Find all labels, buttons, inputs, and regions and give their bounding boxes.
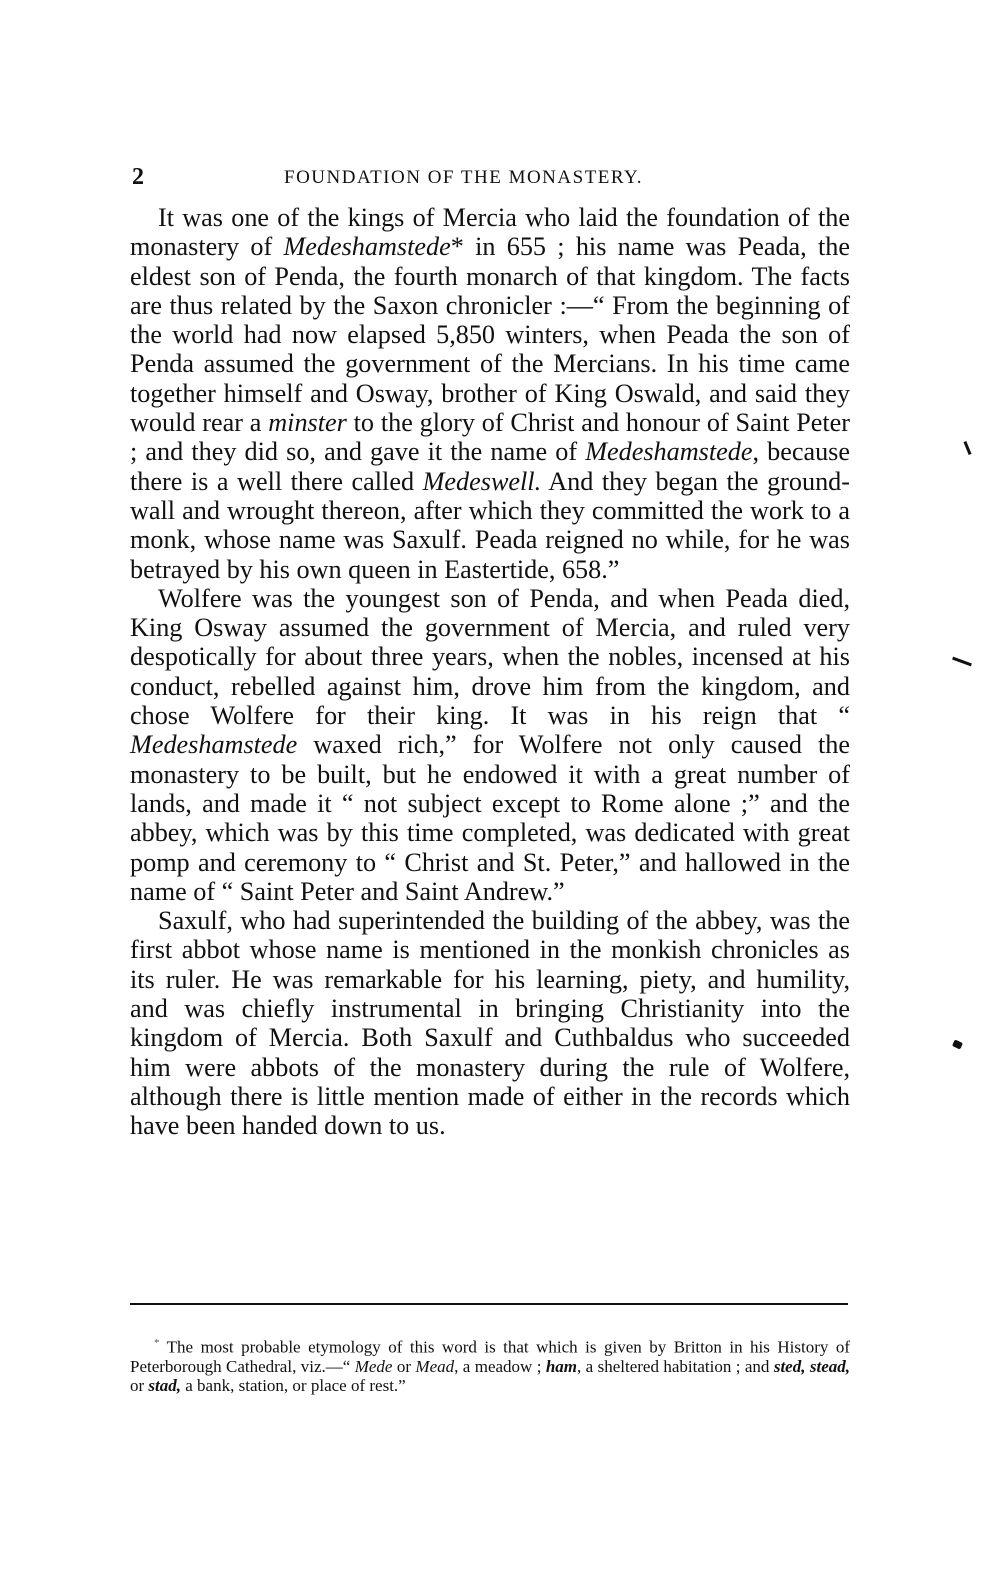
italic-term: Medeshamstede: [283, 232, 450, 261]
italic-term: stad,: [148, 1376, 181, 1395]
paragraph-3: Saxulf, who had superintended the buildi…: [130, 906, 850, 1140]
italic-term: minster: [268, 408, 347, 437]
italic-term: sted, stead,: [774, 1357, 850, 1376]
margin-mark-icon: [963, 441, 971, 455]
italic-term: Medeshamstede: [130, 730, 297, 759]
book-page: 2 FOUNDATION OF THE MONASTERY. It was on…: [0, 0, 1000, 1586]
italic-term: ham: [546, 1357, 577, 1376]
footnote: * The most probable etymology of this wo…: [130, 1334, 850, 1395]
margin-mark-icon: [952, 1039, 963, 1049]
italic-term: Medeswell.: [423, 467, 542, 496]
italic-term: Medeshamstede: [585, 437, 752, 466]
body-text: It was one of the kings of Mercia who la…: [130, 203, 850, 1141]
paragraph-2: Wolfere was the youngest son of Penda, a…: [130, 584, 850, 906]
margin-mark-icon: [952, 657, 972, 667]
footnote-divider: [130, 1303, 848, 1305]
running-head: 2 FOUNDATION OF THE MONASTERY.: [132, 164, 850, 194]
page-number: 2: [132, 164, 144, 191]
chapter-title: FOUNDATION OF THE MONASTERY.: [284, 167, 643, 189]
footnote-marker: *: [154, 1337, 160, 1349]
paragraph-1: It was one of the kings of Mercia who la…: [130, 203, 850, 584]
italic-term: Mead: [415, 1357, 454, 1376]
italic-term: Mede: [355, 1357, 393, 1376]
